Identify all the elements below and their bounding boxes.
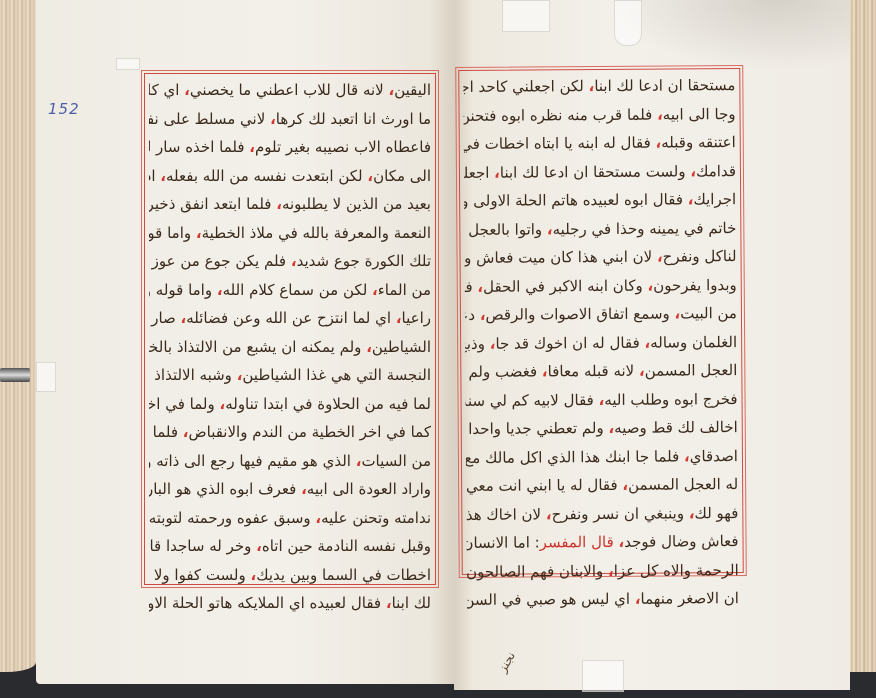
text-line: لناكل ونفرح، لان ابني هذا كان ميت فعاش و… — [464, 242, 736, 272]
tape-strip — [36, 362, 56, 392]
text-line: من البيت، وسمع اتفاق الاصوات والرقص، دعا… — [465, 299, 737, 329]
text-line: اليقين، لانه قال للاب اعطني ما يخصني، اي… — [149, 76, 431, 105]
text-line: الى مكان، لكن ابتعدت نفسه من الله بفعله،… — [149, 162, 431, 191]
text-line: النعمة والمعرفة بالله في ملاذ الخطية، وا… — [149, 219, 431, 248]
page-edges-right — [850, 0, 876, 672]
text-line: ندامته وتحنن عليه، وسبق عفوه ورحمته لتوب… — [149, 504, 431, 533]
tape-strip — [116, 58, 140, 70]
tape-strip — [614, 0, 642, 46]
text-line: لما فيه من الحلاوة في ابتدا تناوله، ولما… — [149, 390, 431, 419]
tape-strip — [502, 0, 550, 32]
text-line: اعتنقه وقبله، فقال له ابنه يا ابتاه اخطا… — [464, 128, 736, 158]
text-line: له العجل المسمن، فقال له يا ابني انت معي… — [466, 470, 738, 500]
text-line: اجرايك، فقال ابوه لعبيده هاتم الحلة الاو… — [464, 185, 736, 215]
text-line: بعيد من الذين لا يطلبونه، فلما ابتعد انف… — [149, 190, 431, 219]
text-line: النجسة التي هي غذا الشياطين، وشبه الالتذ… — [149, 361, 431, 390]
text-line: راعيا، اي لما انتزح عن الله وعن فضائله، … — [149, 304, 431, 333]
text-line: قدامك، ولست مستحقا ان ادعا لك ابنا، اجعل… — [464, 157, 736, 187]
left-text-block: اليقين، لانه قال للاب اعطني ما يخصني، اي… — [149, 76, 431, 618]
text-line: اصدقاي، فلما جا ابنك هذا الذي اكل مالك م… — [466, 442, 738, 472]
text-line: الشياطين، ولم يمكنه ان يشبع من الالتذاذ … — [149, 333, 431, 362]
text-line: تلك الكورة جوع شديد، فلم يكن جوع من عوز … — [149, 247, 431, 276]
tape-strip — [582, 660, 624, 692]
text-line: اخطات في السما وبين يديك، ولست كفوا ولا … — [149, 561, 431, 590]
text-line: مستحقا ان ادعا لك ابنا، لكن اجعلني كاحد … — [463, 71, 735, 101]
text-line: وبدوا يفرحون، وكان ابنه الاكبر في الحقل،… — [465, 271, 737, 301]
text-line: خاتم في يمينه وحذا في رجليه، واتوا بالعج… — [464, 214, 736, 244]
text-line: فاعطاه الاب نصيبه بغير تلوم، فلما اخذه س… — [149, 133, 431, 162]
metal-clip — [0, 368, 30, 382]
text-line: الرحمة والاه كل عزا، والابنان فهم الصالح… — [467, 556, 739, 586]
text-line: الغلمان وساله، فقال له ان اخوك قد جا، وذ… — [465, 328, 737, 358]
text-line: وقبل نفسه النادمة حين اتاه، وخر له ساجدا… — [149, 532, 431, 561]
right-text-block: مستحقا ان ادعا لك ابنا، لكن اجعلني كاحد … — [463, 71, 739, 614]
text-line: وجا الى ابيه، فلما قرب منه نظره ابوه فتح… — [463, 100, 735, 130]
folio-number: 152 — [48, 100, 80, 118]
text-frame-right: مستحقا ان ادعا لك ابنا، لكن اجعلني كاحد … — [458, 68, 744, 575]
text-line: فخرج ابوه وطلب اليه، فقال لابيه كم لي سن… — [465, 385, 737, 415]
text-line: ان الاصغر منهما، اي ليس هو صبي في السن ف… — [467, 584, 739, 614]
text-frame-left: اليقين، لانه قال للاب اعطني ما يخصني، اي… — [144, 73, 436, 585]
text-line: كما في اخر الخطية من الندم والانقباض، فل… — [149, 418, 431, 447]
text-line-with-rubric: فعاش وضال فوجد، قال المفسر: اما الانسان … — [466, 527, 738, 557]
text-line: من الماء، لكن من سماع كلام الله، واما قو… — [149, 276, 431, 305]
open-manuscript: 152 اليقين، لانه قال للاب اعطني ما يخصني… — [0, 0, 876, 698]
text-line: فهو لك، وينبغي ان نسر ونفرح، لان اخاك هذ… — [466, 499, 738, 529]
text-line: ما اورث انا اتعبد لك كرها، لاني مسلط على… — [149, 105, 431, 134]
page-edges-left — [0, 0, 36, 672]
text-line: من السيات، الذي هو مقيم فيها رجع الى ذات… — [149, 447, 431, 476]
text-line: العجل المسمن، لانه قبله معافا، فغضب ولم … — [465, 356, 737, 386]
text-line: لك ابنا، فقال لعبيده اي الملايكه هاتو ال… — [149, 589, 431, 618]
text-line: واراد العودة الى ابيه، فعرف ابوه الذي هو… — [149, 475, 431, 504]
text-line: اخالف لك قط وصيه، ولم تعطني جديا واحدا ل… — [466, 413, 738, 443]
